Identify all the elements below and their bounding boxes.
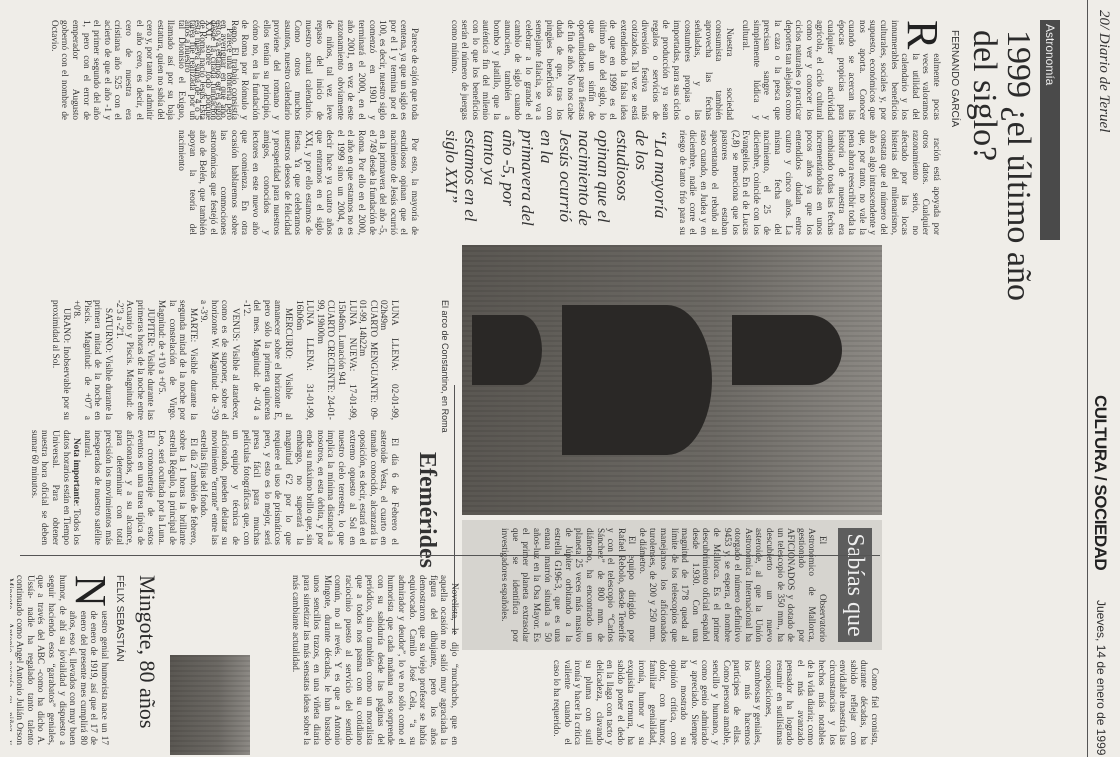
drop-cap: N <box>72 575 108 607</box>
photo-arch-left <box>732 315 842 385</box>
moon-phase: LUNA LLENA: 02-01-99, 02h49m <box>379 300 400 420</box>
mingote-photo <box>170 655 250 755</box>
page-folio: 20/ Diario de Teruel <box>1095 10 1112 132</box>
photo-arch-center <box>562 305 712 455</box>
article-text: ración está apoyada por otros datos. Cua… <box>677 130 942 235</box>
pull-quote: “La mayoría de los estudiosos opinan que… <box>430 130 670 235</box>
efemerides-column-2: El día 6 de Febrero el asteroide Vesta, … <box>20 430 400 545</box>
planet-entry: SATURNO: Visible durante la primera mita… <box>72 300 114 420</box>
sabias-que-paragraph: El equipo dirigido por Rafael Rebolo, de… <box>500 528 638 642</box>
article-column-2: Nuestra sociedad consumista también apro… <box>425 20 735 120</box>
newspaper-page: 20/ Diario de Teruel CULTURA / SOCIEDAD … <box>0 0 1120 757</box>
note-label: Nota importante <box>72 438 82 504</box>
mingote-headline: Mingote, 80 años <box>134 575 160 728</box>
article-byline: FERNANDO GARCÍA <box>949 30 960 127</box>
moon-phase: CUARTO MENGUANTE: 09-01-99, 14h22m <box>358 300 379 420</box>
moon-phase: LUNA NUEVA: 17-01-99, 15h46m. Lunación 9… <box>336 300 357 420</box>
article-column-1: R ealmente pocas veces valoramos la util… <box>742 20 942 120</box>
moon-phase: LUNA LLENA: 31-01-99, 16h06m <box>294 300 315 420</box>
article-text: Parece una tontería pero esto ya estamos… <box>182 20 235 120</box>
planet-entry: MERCURIO: Visible al amanecer sobre el h… <box>241 300 294 420</box>
efemerides-column-1: LUNA LLENA: 02-01-99, 02h49m CUARTO MENG… <box>20 300 400 420</box>
sabias-que-box: Sabías que El Observatorio Astronómico d… <box>462 520 882 650</box>
sabias-que-text: El Observatorio Astronómico de Mallorca,… <box>468 520 828 650</box>
article-column-3b: Parece una tontería pero esto ya estamos… <box>20 20 235 120</box>
moon-phase: CUARTO CRECIENTE: 24-01-99, 19h00m <box>315 300 336 420</box>
article-text: Por esto, la mayoría de estudiosos opina… <box>176 130 420 235</box>
article-column-5: Por esto, la mayoría de estudiosos opina… <box>20 130 420 235</box>
sabias-que-paragraph: El Observatorio Astronómico de Mallorca,… <box>637 528 828 642</box>
article-text: Nuestra sociedad consumista también apro… <box>449 20 735 120</box>
photo-arch-right <box>472 315 542 385</box>
sabias-que-title: Sabías que <box>838 528 872 642</box>
article-kicker: Astronomía <box>1040 20 1060 240</box>
planet-entry: URANO: Inobservable por su proximidad al… <box>50 300 71 420</box>
efemerides-note: Nota importante: Todos los datos horario… <box>29 430 82 545</box>
mingote-column-1: N uestro genial humorista nace un 17 de … <box>10 575 110 745</box>
efemerides-text: El día 2 también de febrero, sobre la 1 … <box>82 430 199 545</box>
publication-date: Jueves, 14 de enero de 1999 <box>1094 600 1108 755</box>
article-column-4: ración está apoyada por otros datos. Cua… <box>677 130 942 235</box>
column-divider <box>20 555 880 556</box>
efemerides-text: El día 6 de Febrero el asteroide Vesta, … <box>199 430 400 545</box>
section-title: CULTURA / SOCIEDAD <box>1090 395 1110 570</box>
mingote-text: Como fiel cronista, durante décadas, ha … <box>552 660 880 745</box>
planet-entry: MARTE: Visible durante la segunda mitad … <box>156 300 198 420</box>
mingote-text: Novelista, le dijo “muchacho, que en aqu… <box>291 575 461 745</box>
mingote-column-3: Como fiel cronista, durante décadas, ha … <box>470 660 880 745</box>
planet-entry: JUPITER: Visible durante las primeras ho… <box>114 300 156 420</box>
header-rule <box>1087 0 1088 757</box>
mingote-byline: FÉLIX SEBASTIÁN <box>114 575 125 662</box>
drop-cap: R <box>904 20 940 49</box>
photo-arco-constantino <box>462 245 882 515</box>
article-headline: 1999 ¿el último año del siglo? <box>967 30 1035 350</box>
planet-entry: VENUS: Visible al atardecer, como es de … <box>199 300 241 420</box>
